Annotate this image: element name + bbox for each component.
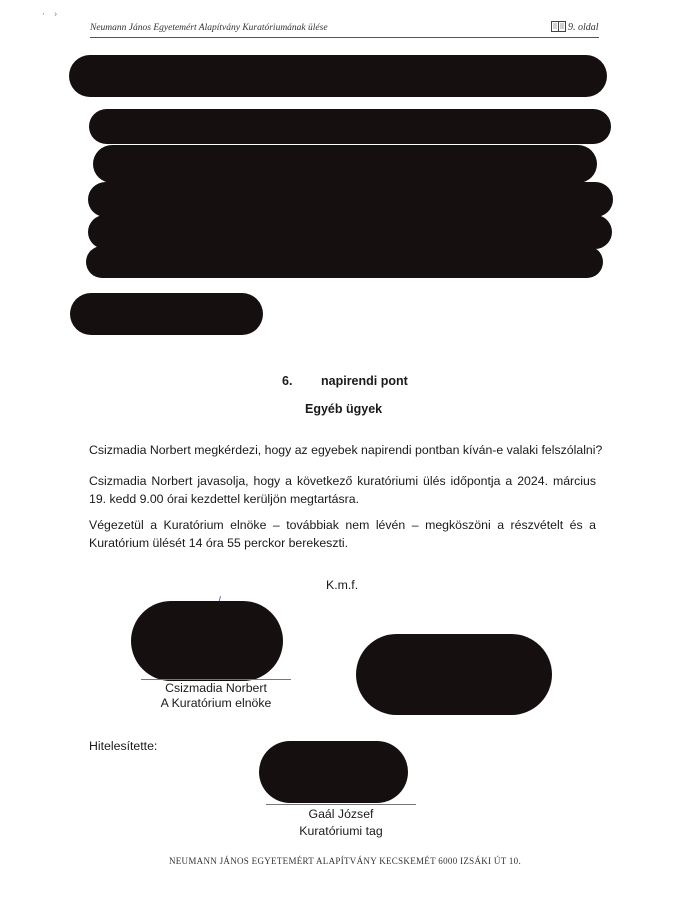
paragraph-question: Csizmadia Norbert megkérdezi, hogy az eg…	[89, 441, 596, 459]
redaction-block	[89, 109, 611, 144]
authenticated-label: Hitelesítette:	[89, 739, 157, 753]
redaction-block	[88, 182, 613, 217]
paragraph-closing: Végezetül a Kuratórium elnöke – továbbia…	[89, 516, 596, 552]
header-title: Neumann János Egyetemért Alapítvány Kura…	[90, 23, 328, 33]
kmf-label: K.m.f.	[326, 578, 358, 592]
signature-line	[141, 679, 291, 680]
authenticator-name: Gaál József	[266, 807, 416, 821]
chair-name: Csizmadia Norbert	[141, 681, 291, 695]
book-icon	[551, 21, 566, 32]
page-number: 9. oldal	[568, 22, 599, 33]
redacted-signature	[131, 601, 283, 681]
footer-address: NEUMANN JÁNOS EGYETEMÉRT ALAPÍTVÁNY KECS…	[0, 856, 690, 866]
redaction-block	[93, 145, 597, 183]
authenticator-role: Kuratóriumi tag	[266, 824, 416, 838]
agenda-label: napirendi pont	[321, 374, 408, 388]
scan-artifact: · ›	[42, 10, 60, 20]
redacted-signature	[356, 634, 552, 715]
redacted-signature	[259, 741, 408, 803]
header-divider	[90, 37, 599, 38]
section-title: Egyéb ügyek	[305, 402, 382, 416]
redaction-block	[88, 215, 612, 249]
redaction-block	[70, 293, 263, 335]
signature-line	[266, 804, 416, 805]
paragraph-next-meeting: Csizmadia Norbert javasolja, hogy a köve…	[89, 472, 596, 508]
redaction-block	[86, 246, 603, 278]
agenda-number: 6.	[282, 374, 292, 388]
chair-role: A Kuratórium elnöke	[141, 696, 291, 710]
redaction-block	[69, 55, 607, 97]
